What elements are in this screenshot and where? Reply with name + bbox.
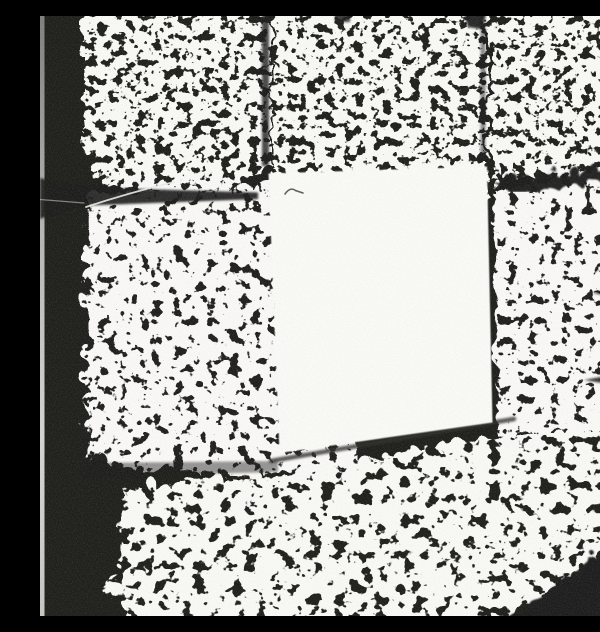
- photo-grain-overlay: [40, 16, 600, 616]
- lace-photograph: [40, 16, 600, 616]
- photo-canvas: [40, 16, 600, 616]
